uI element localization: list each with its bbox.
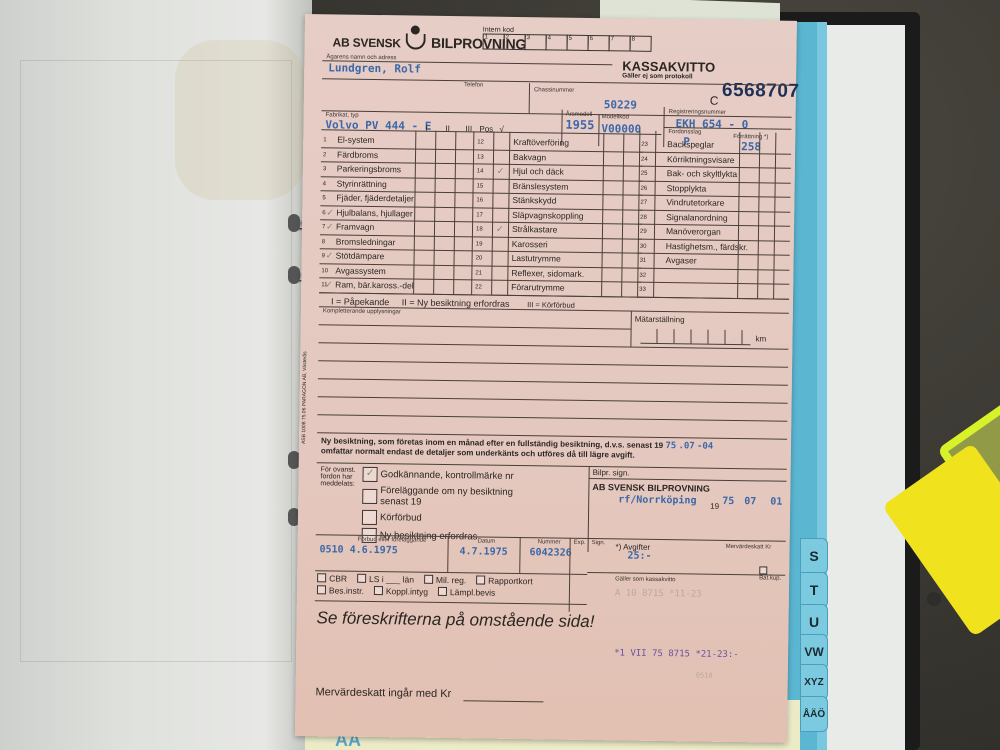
document-checkbox-item[interactable]: Mil. reg. xyxy=(424,574,466,587)
station-day: 01 xyxy=(770,497,782,508)
prior-order-ref: 0510 4.6.1975 xyxy=(319,544,397,556)
station-place: rf/Norrköping xyxy=(618,494,696,506)
receipt-subtitle: Gäller ej som protokoll xyxy=(622,72,693,80)
receipt-note: Gäller som kassakvitto xyxy=(615,576,675,583)
document-checkbox[interactable] xyxy=(476,575,485,584)
check-mark-icon[interactable]: ✓ xyxy=(326,221,334,232)
item-pos-number: 32 xyxy=(639,272,646,278)
phone-label: Telefon xyxy=(464,82,483,88)
index-tab-s[interactable]: S xyxy=(800,538,828,574)
item-pos-number: 27 xyxy=(640,200,647,206)
check-header: √ xyxy=(499,125,504,134)
odometer-label: Mätarställning xyxy=(635,315,685,325)
item-pos-number: 4 xyxy=(323,181,326,187)
chassis-value: 50229 xyxy=(604,98,637,111)
outcome-label: Föreläggande om ny besiktning senast 19 xyxy=(380,485,520,509)
document-checkbox-item[interactable]: Koppl.intyg xyxy=(374,585,428,598)
item-pos-number: 1 xyxy=(323,137,326,143)
outcome-checkbox[interactable] xyxy=(362,510,377,525)
checklist-item-label: Manöverorgan xyxy=(666,226,721,237)
checklist-item-label: Backspeglar xyxy=(667,139,714,150)
document-label: Koppl.intyg xyxy=(386,586,428,597)
station-org: AB SVENSK BILPROVNING xyxy=(592,482,710,494)
item-pos-number: 16 xyxy=(476,197,483,203)
checklist-item-label: Signalanordning xyxy=(666,212,728,223)
station-month: 07 xyxy=(744,496,756,507)
register-stamp: *1 VII 75 8715 *21-23:- xyxy=(614,648,739,660)
intern-kod-box: 1 xyxy=(483,33,505,49)
model-year-value: 1955 xyxy=(565,118,594,132)
intern-kod-box: 5 xyxy=(567,35,589,51)
document-checkbox[interactable] xyxy=(357,574,366,583)
reinspection-notice: Ny besiktning, som företas inom en månad… xyxy=(321,436,761,461)
checklist-item-label: Reflexer, sidomark. xyxy=(511,267,584,278)
checklist-item-label: Hjul och däck xyxy=(513,166,564,177)
item-pos-number: 3 xyxy=(323,166,326,172)
outcome-option[interactable]: Föreläggande om ny besiktning senast 19 xyxy=(362,485,520,509)
checklist-item-label: Stänkskydd xyxy=(512,195,556,206)
document-label: LS i ___ län xyxy=(369,574,414,585)
item-pos-number: 2 xyxy=(323,152,326,158)
item-pos-number: 14 xyxy=(477,168,484,174)
check-mark-icon[interactable]: ✓ xyxy=(497,166,505,177)
intern-kod-box: 3 xyxy=(525,34,547,50)
document-checkbox-item[interactable]: LS i ___ län xyxy=(357,573,414,586)
grade-header-ii: II xyxy=(445,124,450,133)
grade-header-i: I xyxy=(425,124,427,133)
reinspection-day: 04 xyxy=(702,442,713,452)
model-code-label: Modellkod xyxy=(602,114,629,120)
reinspection-text-2: omfattar normalt endast de detaljer som … xyxy=(321,446,761,461)
item-pos-number: 33 xyxy=(639,287,646,293)
item-pos-number: 25 xyxy=(641,171,648,177)
document-checkbox[interactable] xyxy=(317,573,326,582)
index-tab-xyz[interactable]: XYZ xyxy=(800,664,828,700)
checklist-item-label: Färdbroms xyxy=(337,149,378,160)
item-pos-number: 31 xyxy=(640,258,647,264)
item-pos-number: 6 xyxy=(322,210,325,216)
checklist-item-label: Släpvagnskoppling xyxy=(512,209,583,220)
checklist-item-label: Framvagn xyxy=(336,221,374,232)
check-mark-icon[interactable]: ✓ xyxy=(326,207,334,218)
item-pos-number: 30 xyxy=(640,243,647,249)
checklist-item-label: Bakvagn xyxy=(513,151,546,161)
prior-order-exp-label: Exp. xyxy=(574,540,586,546)
document-checkbox-item[interactable]: Bes.instr. xyxy=(317,584,364,597)
outcome-label: För ovanst. fordon har meddelats: xyxy=(320,466,362,488)
item-pos-number: 20 xyxy=(476,255,483,261)
item-pos-number: 26 xyxy=(641,185,648,191)
prior-order-date-label: Datum xyxy=(478,538,496,544)
intern-kod-box: 7 xyxy=(609,35,631,51)
checklist-item-label: Hjulbalans, hjullager xyxy=(336,207,413,218)
document-label: Lämpl.bevis xyxy=(450,587,495,598)
item-pos-number: 19 xyxy=(476,241,483,247)
item-pos-number: 23 xyxy=(641,142,648,148)
index-tab-aao[interactable]: ÅÄÖ xyxy=(800,696,828,732)
intern-kod-boxes: 12345678 xyxy=(483,33,651,51)
item-pos-number: 8 xyxy=(322,239,325,245)
document-checkbox[interactable] xyxy=(438,587,447,596)
checklist-item-label: Fjäder, fjäderdetaljer xyxy=(336,192,414,203)
intern-kod-box: 6 xyxy=(588,35,610,51)
outcome-checkbox[interactable]: ✓ xyxy=(362,467,377,482)
checklist-item-label: Bromsledningar xyxy=(336,236,396,247)
outcome-label: Godkännande, kontrollmärke nr xyxy=(380,469,513,482)
item-pos-number: 10 xyxy=(321,268,328,274)
left-page xyxy=(0,0,312,750)
item-pos-number: 12 xyxy=(477,139,484,145)
prior-order-ref-label: Förbud eller föreläggande xyxy=(358,537,427,544)
document-checkbox-item[interactable]: CBR xyxy=(317,572,347,584)
item-pos-number: 9 xyxy=(322,253,325,259)
checklist-item-label: Karosseri xyxy=(512,238,548,249)
keytag-hole xyxy=(927,592,941,606)
checklist-item-label: Bak- och skyltlykta xyxy=(667,168,738,179)
extra-info-label: Kompletterande upplysningar xyxy=(323,308,401,315)
issuer-name-part1: AB SVENSK xyxy=(333,35,401,50)
checklist-item-label: El-system xyxy=(337,134,374,145)
inspector-sign-label: Bilpr. sign. xyxy=(593,468,630,478)
intern-kod-box: 2 xyxy=(504,34,526,50)
checklist-item-label: Parkeringsbroms xyxy=(337,163,401,174)
inspection-receipt: AB SVENSK BILPROVNING Intern kod 1234567… xyxy=(295,14,797,743)
owner-label: Ägarens namn och adress xyxy=(326,54,396,61)
item-pos-number: 15 xyxy=(477,183,484,189)
document-checkbox-item[interactable]: Rapportkort xyxy=(476,574,533,587)
item-pos-number: 29 xyxy=(640,229,647,235)
checklist-item-label: Ram, bär.kaross.-del xyxy=(335,279,414,290)
document-label: Mil. reg. xyxy=(436,575,466,585)
item-pos-number: 7 xyxy=(322,224,325,230)
checklist-item-label: Hastighetsm., färdskr. xyxy=(666,241,748,252)
checklist-item-label: Kraftöverföring xyxy=(513,137,569,148)
item-pos-number: 13 xyxy=(477,154,484,160)
chassis-label: Chassinummer xyxy=(534,87,574,94)
odometer-digit-boxes xyxy=(640,329,750,346)
document-checkbox[interactable] xyxy=(424,575,433,584)
item-pos-number: 22 xyxy=(475,284,482,290)
document-checkbox[interactable] xyxy=(317,585,326,594)
registration-label: Registreringsnummer xyxy=(669,109,726,116)
faint-print: A 10 8715 *11-23 xyxy=(615,588,702,599)
small-code: 0510 xyxy=(696,672,713,680)
prior-order-date: 4.7.1975 xyxy=(459,546,507,558)
index-tab-t[interactable]: T xyxy=(800,572,828,608)
outcome-label: Körförbud xyxy=(380,512,422,524)
document-label: CBR xyxy=(329,573,347,583)
check-mark-icon[interactable]: ✓ xyxy=(326,250,334,261)
checklist-item-label: Bränslesystem xyxy=(513,180,569,191)
checklist-item-label: Vindrutetorkare xyxy=(666,197,724,208)
item-pos-number: 21 xyxy=(475,270,482,276)
check-mark-icon[interactable]: ✓ xyxy=(496,224,504,235)
prior-order-number-label: Nummer xyxy=(538,539,561,545)
outcome-checkbox[interactable] xyxy=(362,488,377,503)
odometer-unit: km xyxy=(755,334,766,343)
checklist-item-label: Lastutrymme xyxy=(512,253,561,264)
document-checkbox-item[interactable]: Lämpl.bevis xyxy=(438,586,496,599)
document-label: Bes.instr. xyxy=(329,585,364,595)
checklist-item-label: Körriktningsvisare xyxy=(667,154,735,165)
fee-value: 25:- xyxy=(627,551,651,562)
reinspection-year: 75 xyxy=(665,441,676,451)
prior-order-number: 6042326 xyxy=(529,547,571,559)
checklist-item-label: Stötdämpare xyxy=(336,250,385,261)
prior-order-sign-label: Sign. xyxy=(592,540,606,546)
outcome-option[interactable]: Körförbud xyxy=(362,510,520,527)
station-year: 75 xyxy=(722,496,734,507)
checklist-item-label: Stopplykta xyxy=(667,183,707,194)
intern-kod: Intern kod 12345678 xyxy=(483,26,651,51)
intern-kod-box: 4 xyxy=(546,34,568,50)
footer-note: Se föreskrifterna på omstående sida! xyxy=(316,608,594,632)
serial-prefix: C xyxy=(710,94,719,108)
checklist-item-label: Förarutrymme xyxy=(511,282,565,293)
vat-footer: Mervärdeskatt ingår med Kr xyxy=(315,686,451,700)
checklist-item-label: Strålkastare xyxy=(512,224,557,235)
checklist-item-label: Styrinrättning xyxy=(337,178,387,189)
outcome-option[interactable]: ✓Godkännande, kontrollmärke nr xyxy=(362,467,520,484)
checklist-item-label: Avgaser xyxy=(666,255,697,265)
station-year-prefix: 19 xyxy=(710,502,719,511)
reinspection-month: 07 xyxy=(684,441,695,451)
document-checkbox[interactable] xyxy=(374,586,383,595)
grade-header-iii: III xyxy=(465,124,472,133)
item-pos-number: 5 xyxy=(322,195,325,201)
item-pos-number: 17 xyxy=(476,212,483,218)
item-pos-number: 28 xyxy=(640,214,647,220)
side-print: ASB 1008 75.06 PARAGON AB, Västerås xyxy=(301,314,309,444)
owner-value: Lundgren, Rolf xyxy=(328,61,421,75)
bilprovning-logo-icon xyxy=(406,33,426,49)
item-pos-number: 24 xyxy=(641,156,648,162)
vat-label: Mervärdeskatt Kr xyxy=(726,544,772,551)
pos-header: Pos xyxy=(479,124,493,133)
item-pos-number: 18 xyxy=(476,226,483,232)
document-label: Rapportkort xyxy=(488,576,533,587)
intern-kod-box: 8 xyxy=(630,36,652,52)
check-mark-icon[interactable]: ✓ xyxy=(325,279,333,290)
document-checkboxes: CBRLS i ___ länMil. reg.RapportkortBes.i… xyxy=(317,572,577,600)
checklist-item-label: Avgassystem xyxy=(335,265,386,276)
